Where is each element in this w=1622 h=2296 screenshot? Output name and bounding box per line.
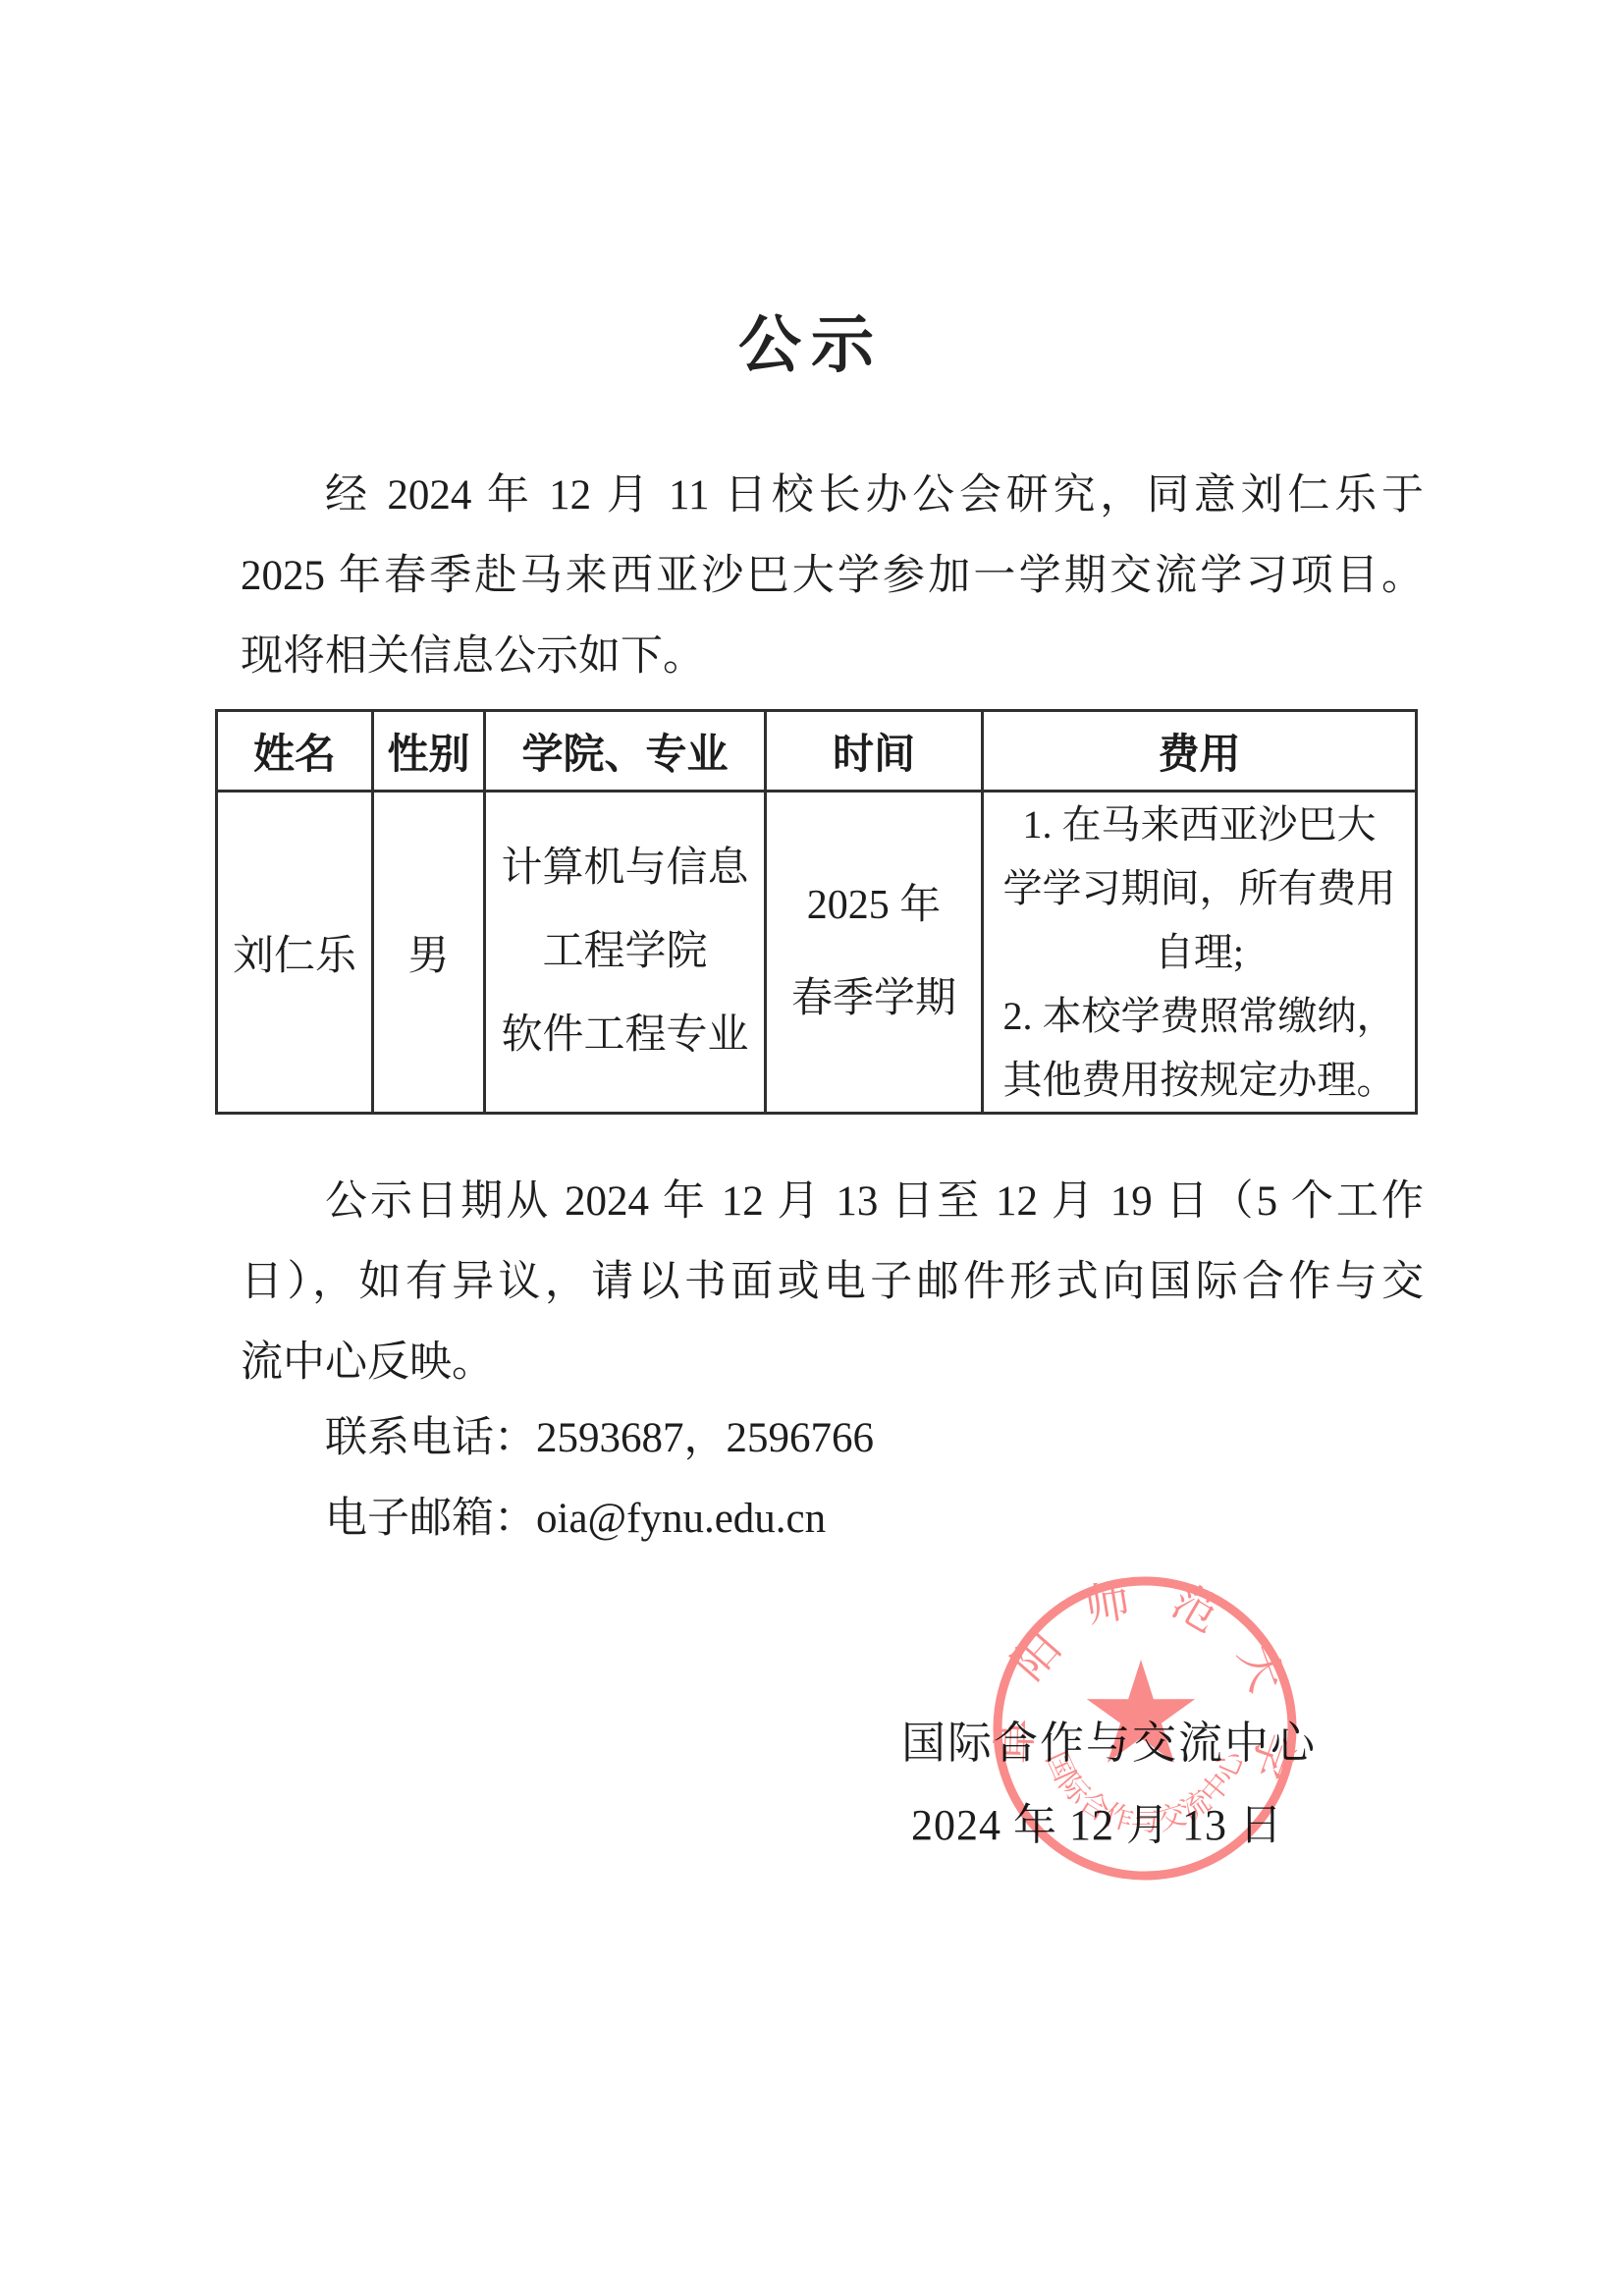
paragraph-line: 2025 年春季赴马来西亚沙巴大学参加一学期交流学习项目。 bbox=[241, 536, 1424, 617]
official-seal-stamp: 阜阳师范大学 国际合作与交流中心 bbox=[968, 1552, 1322, 1905]
header-time: 时间 bbox=[766, 711, 983, 792]
paragraph-line: 日），如有异议，请以书面或电子邮件形式向国际合作与交 bbox=[241, 1242, 1424, 1323]
cell-college-major: 计算机与信息 工程学院 软件工程专业 bbox=[485, 792, 766, 1114]
paragraph-line: 现将相关信息公示如下。 bbox=[241, 617, 1424, 697]
cell-time: 2025 年 春季学期 bbox=[766, 792, 983, 1114]
paragraph-line: 经 2024 年 12 月 11 日校长办公会研究，同意刘仁乐于 bbox=[241, 456, 1424, 536]
table-header-row: 姓名 性别 学院、专业 时间 费用 bbox=[217, 711, 1417, 792]
announcement-page: 公示 经 2024 年 12 月 11 日校长办公会研究，同意刘仁乐于 2025… bbox=[0, 0, 1622, 2296]
cell-fees: 1. 在马来西亚沙巴大 学学习期间，所有费用 自理; 2. 本校学费照常缴纳， … bbox=[983, 792, 1417, 1114]
cell-name: 刘仁乐 bbox=[217, 792, 373, 1114]
seal-department-arc-text: 国际合作与交流中心 bbox=[1040, 1745, 1251, 1837]
cell-gender: 男 bbox=[373, 792, 485, 1114]
college-line: 软件工程专业 bbox=[501, 994, 748, 1077]
paragraph-line: 公示日期从 2024 年 12 月 13 日至 12 月 19 日（5 个工作 bbox=[241, 1162, 1424, 1242]
contact-email: 电子邮箱：oia@fynu.edu.cn bbox=[241, 1479, 1424, 1559]
fee-line: 其他费用按规定办理。 bbox=[998, 1048, 1401, 1112]
fee-line: 1. 在马来西亚沙巴大 bbox=[998, 793, 1401, 856]
header-name: 姓名 bbox=[217, 711, 373, 792]
header-fees: 费用 bbox=[983, 711, 1417, 792]
fee-line: 自理; bbox=[998, 920, 1401, 984]
time-line: 春季学期 bbox=[791, 953, 956, 1046]
header-gender: 性别 bbox=[373, 711, 485, 792]
contact-phone: 联系电话：2593687，2596766 bbox=[241, 1398, 1424, 1479]
fee-line: 2. 本校学费照常缴纳， bbox=[998, 984, 1401, 1048]
student-info-table: 姓名 性别 学院、专业 时间 费用 刘仁乐 男 计算机与信息 工程学院 软件工程… bbox=[215, 709, 1418, 1115]
college-line: 工程学院 bbox=[542, 910, 707, 994]
header-college-major: 学院、专业 bbox=[485, 711, 766, 792]
paragraph-line: 流中心反映。 bbox=[241, 1323, 1424, 1403]
notice-paragraph: 公示日期从 2024 年 12 月 13 日至 12 月 19 日（5 个工作 … bbox=[241, 1162, 1424, 1403]
star-icon bbox=[1087, 1660, 1195, 1763]
page-title: 公示 bbox=[0, 295, 1622, 385]
table-row: 刘仁乐 男 计算机与信息 工程学院 软件工程专业 2025 年 春季学期 bbox=[217, 792, 1417, 1114]
contact-info: 联系电话：2593687，2596766 电子邮箱：oia@fynu.edu.c… bbox=[241, 1398, 1424, 1559]
fee-line: 学学习期间，所有费用 bbox=[998, 856, 1401, 920]
college-line: 计算机与信息 bbox=[501, 827, 748, 910]
time-line: 2025 年 bbox=[807, 859, 942, 953]
intro-paragraph: 经 2024 年 12 月 11 日校长办公会研究，同意刘仁乐于 2025 年春… bbox=[241, 456, 1424, 697]
